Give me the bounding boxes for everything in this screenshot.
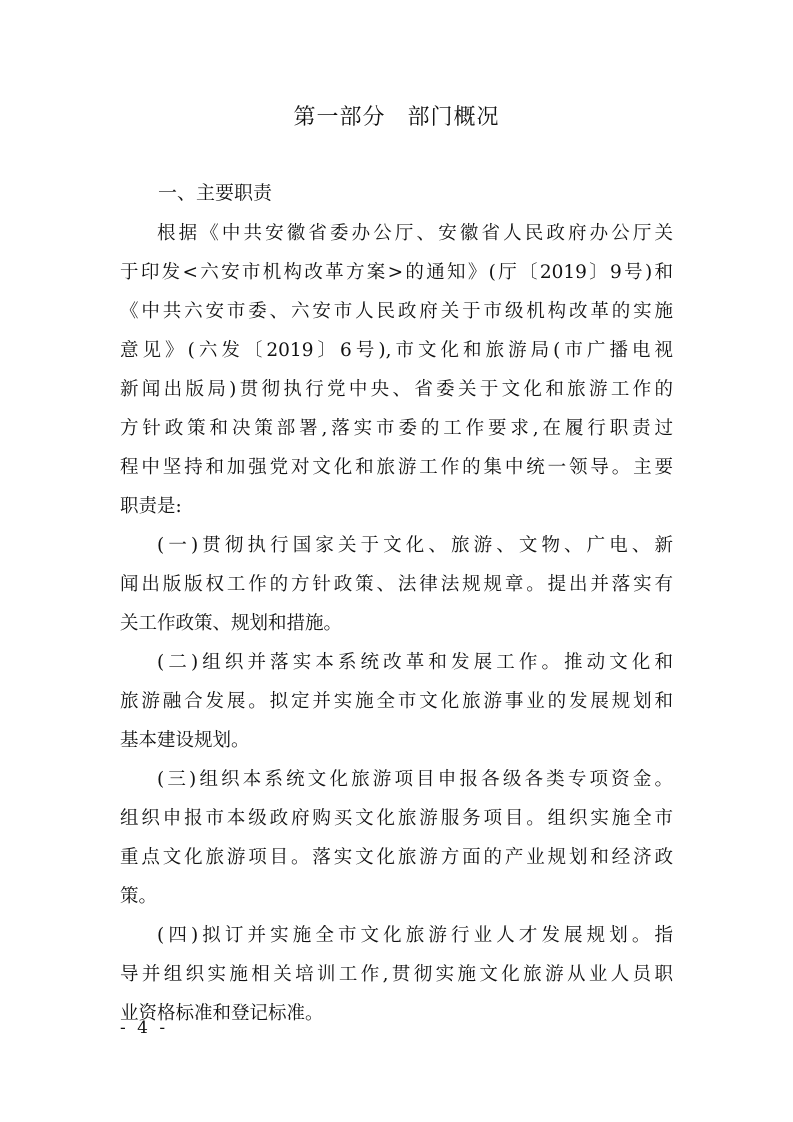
text-line: 方针政策和决策部署,落实市委的工作要求,在履行职责过: [120, 409, 673, 448]
text-line: 重点文化旅游项目。落实文化旅游方面的产业规划和经济政: [120, 838, 673, 877]
title-part: 第一部分: [293, 105, 385, 130]
body-text: 根据《中共安徽省委办公厅、安徽省人民政府办公厅关于印发<六安市机构改革方案>的通…: [120, 214, 673, 1033]
text-line: (三)组织本系统文化旅游项目申报各级各类专项资金。: [120, 760, 673, 799]
text-line: 业资格标准和登记标准。: [120, 994, 673, 1033]
text-line: 新闻出版局)贯彻执行党中央、省委关于文化和旅游工作的: [120, 370, 673, 409]
text-line: (二)组织并落实本系统改革和发展工作。推动文化和: [120, 643, 673, 682]
text-line: 基本建设规划。: [120, 721, 673, 760]
title-name: 部门概况: [408, 105, 500, 130]
text-line: 导并组织实施相关培训工作,贯彻实施文化旅游从业人员职: [120, 955, 673, 994]
text-line: (一)贯彻执行国家关于文化、旅游、文物、广电、新: [120, 526, 673, 565]
text-line: 职责是:: [120, 487, 673, 526]
text-line: 《中共六安市委、六安市人民政府关于市级机构改革的实施: [120, 292, 673, 331]
text-line: 策。: [120, 877, 673, 916]
text-line: 程中坚持和加强党对文化和旅游工作的集中统一领导。主要: [120, 448, 673, 487]
text-line: 于印发<六安市机构改革方案>的通知》(厅〔2019〕9号)和: [120, 253, 673, 292]
text-line: 关工作政策、规划和措施。: [120, 604, 673, 643]
text-line: 意见》(六发〔2019〕6号),市文化和旅游局(市广播电视: [120, 331, 673, 370]
text-line: 旅游融合发展。拟定并实施全市文化旅游事业的发展规划和: [120, 682, 673, 721]
text-line: 闻出版版权工作的方针政策、法律法规规章。提出并落实有: [120, 565, 673, 604]
page-number: - 4 -: [120, 1018, 168, 1038]
text-line: 组织申报市本级政府购买文化旅游服务项目。组织实施全市: [120, 799, 673, 838]
text-line: (四)拟订并实施全市文化旅游行业人才发展规划。指: [120, 916, 673, 955]
text-line: 根据《中共安徽省委办公厅、安徽省人民政府办公厅关: [120, 214, 673, 253]
section-heading: 一、主要职责: [158, 178, 272, 205]
page-title: 第一部分部门概况: [0, 100, 793, 131]
